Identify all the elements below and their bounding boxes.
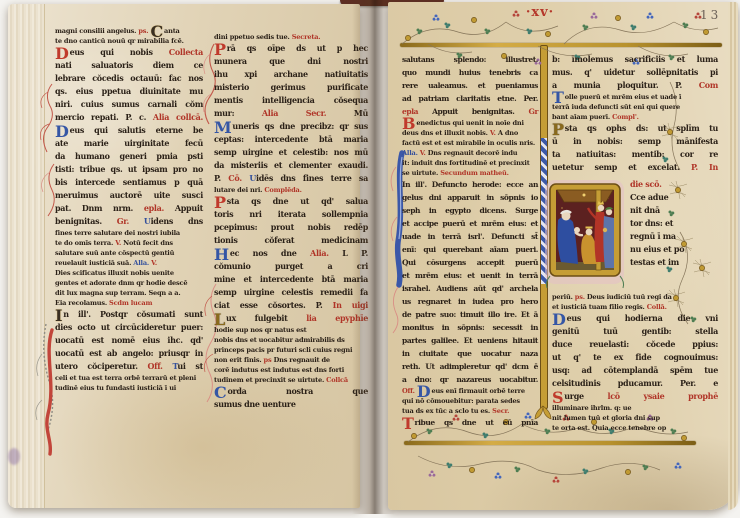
text-run: celi et tua est terra orbē terrarū et p… bbox=[55, 374, 196, 382]
text-run: Alia collcā. bbox=[153, 112, 203, 122]
text-line: bant aīam puerī. Compl'. bbox=[552, 112, 718, 122]
text-run: partes galilee. Et ueniens hitauit bbox=[402, 336, 538, 345]
text-run: toris nri iterata sollempnia bbox=[214, 209, 368, 219]
text-line: te orta est. Quia ecce tenebre op bbox=[552, 423, 718, 433]
text-line: ihu xpi archane natiuitatis bbox=[214, 68, 368, 81]
text-line: pat. Dnm nrm. epla. Appuit bbox=[55, 202, 203, 215]
text-line: it: induit dns fortitudinē et precinxit bbox=[402, 158, 538, 168]
text-run: V. bbox=[115, 239, 123, 247]
text-line: princeps pacis pr futuri scli cuius regn… bbox=[214, 345, 368, 355]
text-line: mentis intelligencia cŏsequa bbox=[214, 94, 368, 107]
text-line: meruimus auctorē uite susci bbox=[55, 189, 203, 202]
text-run: da misteriis et clementer exaudi. bbox=[214, 160, 368, 170]
text-line: celi et tua est terra orbē terrarū et p… bbox=[55, 373, 203, 383]
text-line: corē indutus est indutus est dns forti bbox=[214, 365, 368, 375]
text-run: quo mundi huius tenebris ca bbox=[402, 68, 538, 77]
text-run: Secundum matheū. bbox=[440, 169, 508, 177]
text-line: misterio gerimus purificate bbox=[214, 81, 368, 94]
text-line: Deus qui hodierna die vni bbox=[552, 312, 718, 325]
text-line: Tribue qs dne ut eū pnīa bbox=[402, 416, 538, 429]
text-run: eus enī firmauit orbē terre bbox=[431, 387, 524, 395]
text-run: deus dns et illuxit nobis. bbox=[402, 129, 490, 137]
text-run: it: induit dns fortitudinē et precinxit bbox=[402, 159, 530, 167]
text-run: P. In bbox=[691, 162, 718, 172]
text-run: dies octo ut circūcideretur puer: bbox=[55, 322, 203, 332]
text-run: ui st bbox=[177, 361, 203, 371]
text-run: b: īmolemus sacrificiis et luma bbox=[552, 54, 718, 64]
text-line: b: īmolemus sacrificiis et luma bbox=[552, 53, 718, 66]
text-run: semp uirgine et celestib: nos mū bbox=[214, 147, 368, 157]
text-line: Corda nostra que bbox=[214, 385, 368, 398]
text-line: niri. cuius sumus carnali cŏm bbox=[55, 98, 203, 111]
text-run: reuelauit iusticiā suā. bbox=[55, 259, 133, 267]
text-run: nati saluatoris diem ce bbox=[55, 60, 203, 70]
text-line: Cce adue bbox=[630, 191, 718, 204]
text-line: nu eius et po bbox=[630, 243, 718, 256]
text-line: bis intercede sentiamus p quā bbox=[55, 176, 203, 189]
text-run: ux fulgebit bbox=[226, 313, 306, 323]
text-run: utero cŏciperetur. bbox=[55, 361, 148, 371]
text-line: monitus in sōpnis: secessit in bbox=[402, 321, 538, 334]
text-line: israhel. Audiens aūt qd' archela bbox=[402, 282, 538, 295]
text-run: salutare suū ante cŏspectū gentiū bbox=[55, 249, 174, 257]
text-line: Benedictus qui uenit in noīe dni bbox=[402, 118, 538, 128]
text-run: ribue qs dne ut eū pnīa bbox=[415, 418, 538, 427]
text-line: et mrēm eius: et uenit in terrā bbox=[402, 269, 538, 282]
text-line: genitū tuū gentib: stella bbox=[552, 325, 718, 338]
text-run: lcō ysaie prophē bbox=[607, 391, 718, 401]
text-run: ceptas: intercedente btā maria bbox=[214, 134, 368, 144]
text-line: seph in egypto dicens. Surge bbox=[402, 204, 538, 217]
text-line: Qui cŏsurgens accepit puerū bbox=[402, 256, 538, 269]
text-line: Psta qs ophs ds: ut splīm tu bbox=[552, 122, 718, 135]
text-run: regnū ī ma bbox=[630, 231, 676, 241]
text-run: tisti: tribue qs. ut ipsam pro no bbox=[55, 164, 203, 174]
text-line: partes galilee. Et ueniens hitauit bbox=[402, 334, 538, 347]
text-run: gelus dni apparuit in sōpnis io bbox=[402, 193, 538, 202]
text-run: Alla. bbox=[133, 259, 151, 267]
text-line: uocatū est ab angelo: priusqr in bbox=[55, 347, 203, 360]
text-line: Dies scificatus illuxit nobis uenite bbox=[55, 268, 203, 278]
text-run: tor dns: et bbox=[630, 218, 673, 228]
text-run: in ciuitate que uocatur naza bbox=[402, 349, 538, 358]
text-run: celsitudinis pducamur. Per. e bbox=[552, 378, 718, 388]
text-run: israhel. Audiens aūt qd' archela bbox=[402, 284, 538, 293]
text-run: olle puerū et mrēm eius et uade ī bbox=[565, 93, 682, 101]
text-run: reth. Ut adimpleretur qd' dcm ē bbox=[402, 362, 538, 371]
text-line: mus. q' uidetur sollēpnitatis pi bbox=[552, 66, 718, 79]
text-run: Dns regnauit de bbox=[274, 356, 330, 364]
text-line: reuelauit iusticiā suā. Alla. V. bbox=[55, 258, 203, 268]
text-run: magni consilii angelus. bbox=[55, 27, 138, 35]
text-run: hodie sup nos qr natus est bbox=[214, 326, 306, 334]
text-line: tudinem et precinxit se uirtute. Collcā bbox=[214, 375, 368, 385]
text-line: ate marie uirginitate fecū bbox=[55, 137, 203, 150]
text-run: semp uirgine celestis remedii fa bbox=[214, 287, 368, 297]
text-run: V. bbox=[420, 149, 428, 157]
text-line: toris nri iterata sollempnia bbox=[214, 208, 368, 221]
text-run: Compl'. bbox=[612, 113, 639, 121]
text-line: da misteriis et clementer exaudi. bbox=[214, 159, 368, 172]
text-run: U bbox=[249, 173, 256, 183]
text-run: ut q' te ex fide cognouimus: bbox=[552, 352, 718, 362]
text-line: ū in nobis: semp mānifesta bbox=[552, 135, 718, 148]
text-run: ps. bbox=[138, 27, 150, 35]
text-line: mercio repati. P. c. Alia collcā. bbox=[55, 111, 203, 124]
text-run: Qui cŏsurgens accepit puerū bbox=[402, 258, 538, 267]
text-line: da humano generi pmia psti bbox=[55, 150, 203, 163]
text-line: reth. Ut adimpleretur qd' dcm ē bbox=[402, 360, 538, 373]
text-run: dit lux magna sup terram. Seqn a a. bbox=[55, 289, 180, 297]
text-line: rere ualeamus. et pueniamus bbox=[402, 79, 538, 92]
text-run: Deus iudiciū tuū regi da bbox=[587, 293, 672, 301]
text-run: nit dnā bbox=[630, 205, 660, 215]
text-run: n ill'. Postqr cŏsumati sunt bbox=[63, 309, 203, 319]
text-run: salutans splendo: illustret. bbox=[402, 55, 538, 64]
text-run: urge bbox=[564, 391, 607, 401]
text-line: fines terre salutare dei nostri iubila bbox=[55, 228, 203, 238]
text-run: se uirtute. bbox=[402, 169, 440, 177]
text-run: anta bbox=[164, 27, 180, 35]
text-run: sumus dne uenture bbox=[214, 399, 296, 409]
text-run: periū. bbox=[552, 293, 575, 301]
text-line: salutare suū ante cŏspectū gentiū bbox=[55, 248, 203, 258]
text-run: tua ds ex tūc a sclo tu es. bbox=[402, 407, 492, 415]
text-run: ad patriam claritatis etne. Per. bbox=[402, 94, 538, 103]
text-run: Dies scificatus illuxit nobis uenite bbox=[55, 269, 174, 277]
text-run: Gr. bbox=[117, 216, 144, 226]
text-run: nobis dns et uocabitur admirabilis ds bbox=[214, 336, 345, 344]
text-run: gentes et adorate dnm qr hodie descē bbox=[55, 279, 187, 287]
text-run: usq: ad cōtemplandā spēm tue bbox=[552, 365, 718, 375]
purple-stain bbox=[8, 448, 20, 465]
text-run: Collcā bbox=[326, 376, 348, 384]
text-run: Off. bbox=[402, 387, 417, 395]
text-line: quo mundi huius tenebris ca bbox=[402, 66, 538, 79]
text-line: us regnaret in iudea pro hero bbox=[402, 295, 538, 308]
text-run: qs. eius ppetua diuinitate mu bbox=[55, 86, 203, 96]
text-run: eus qui nobis bbox=[70, 47, 169, 57]
text-line: non erit finis. ps Dns regnauit de bbox=[214, 355, 368, 365]
text-line: in ciuitate que uocatur naza bbox=[402, 347, 538, 360]
text-line: Surge lcō ysaie prophē bbox=[552, 390, 718, 403]
left-page-column-2: dini ppetuo sedis tue. Secreta.Prā qs o… bbox=[214, 32, 368, 411]
text-run: rere ualeamus. et pueniamus bbox=[402, 81, 538, 90]
text-line: de patre suo: timuit illo ire. Et ā bbox=[402, 308, 538, 321]
text-line: In ill'. Defuncto herode: ecce an bbox=[402, 178, 538, 191]
text-line: se uirtute. Secundum matheū. bbox=[402, 168, 538, 178]
right-page: ·xv· 13 bbox=[388, 2, 738, 510]
text-run: niri. cuius sumus carnali cŏm bbox=[55, 99, 203, 109]
text-run: de patre suo: timuit illo ire. Et ā bbox=[402, 310, 538, 319]
text-run: terrā iuda defuncti sūt enī qui quere bbox=[552, 103, 680, 111]
text-line: magni consilii angelus. ps. Canta bbox=[55, 26, 203, 36]
text-run: Cō. bbox=[228, 173, 249, 183]
text-run: munera que dni nostri bbox=[214, 56, 368, 66]
text-line: nobis dns et uocabitur admirabilis ds bbox=[214, 335, 368, 345]
right-page-column-2-bottom: periū. ps. Deus iudiciū tuū regi daet… bbox=[552, 292, 718, 433]
text-line: tor dns: et bbox=[630, 217, 718, 230]
text-run: Eia recolamus. bbox=[55, 299, 109, 307]
text-run: Appuit benignitas. bbox=[432, 107, 528, 116]
text-run: genitū tuū gentib: stella bbox=[552, 326, 718, 336]
text-run: eus qui hodierna die vni bbox=[567, 313, 718, 323]
text-run: et accipe puerū et mrēm eius: et bbox=[402, 219, 538, 228]
text-run: Secreta. bbox=[292, 33, 321, 41]
text-run: pcepimus: prout nobis redēp bbox=[214, 222, 368, 232]
text-line: ad patriam claritatis etne. Per. bbox=[402, 92, 538, 105]
text-run: uocatū est ab angelo: priusqr in bbox=[55, 348, 203, 358]
text-run: rā qs oīpe ds ut p hec bbox=[227, 43, 368, 53]
text-run: Com bbox=[699, 80, 718, 90]
text-line: te do omīs terra. V. Notū fecit dns bbox=[55, 238, 203, 248]
text-line: testas et im bbox=[630, 256, 718, 269]
text-line: dies octo ut circūcideretur puer: bbox=[55, 321, 203, 334]
text-line: regnū ī ma bbox=[630, 230, 718, 243]
text-run: orda nostra que bbox=[227, 386, 368, 396]
text-line: Psta qs dne ut qd' salua bbox=[214, 195, 368, 208]
text-line: te dno canticū nouū qr mirabilia fcē. bbox=[55, 36, 203, 46]
text-line: Off. Deus enī firmauit orbē terre bbox=[402, 386, 538, 396]
text-run: Scdm lucam bbox=[109, 299, 152, 307]
text-line: qui nō cōmouebitur: parata sedes bbox=[402, 396, 538, 406]
text-run: monitus in sōpnis: secessit in bbox=[402, 323, 538, 332]
text-run: te do omīs terra. bbox=[55, 239, 115, 247]
text-run: Secr. bbox=[492, 407, 509, 415]
text-line: enī: qui querebant aīam pueri. bbox=[402, 243, 538, 256]
text-line: ut q' te ex fide cognouimus: bbox=[552, 351, 718, 364]
text-run: pat. Dnm nrm. bbox=[55, 203, 144, 213]
text-line: lebrare cŏcedis octauū: fac nos bbox=[55, 72, 203, 85]
text-run: tudinem et precinxit se uirtute. bbox=[214, 376, 326, 384]
open-book: magni consilii angelus. ps. Cantate dno … bbox=[6, 0, 736, 514]
text-line: Muneris qs dne precibz: qr sus bbox=[214, 120, 368, 133]
text-line: a munia ploquitur. P. Com bbox=[552, 79, 718, 92]
text-line: sumus dne uenture bbox=[214, 398, 368, 411]
right-page-column-2-top: b: īmolemus sacrificiis et lumamus. q' u… bbox=[552, 53, 718, 174]
text-run: uocatū est nomē eius ihc. qd' bbox=[55, 335, 203, 345]
text-line: et iusticiā tuam filio regis. Collā. bbox=[552, 302, 718, 312]
text-line: gentes et adorate dnm qr hodie descē bbox=[55, 278, 203, 288]
text-run: Collecta bbox=[169, 47, 203, 57]
text-run: nit lumen tuū et gloria dni sup bbox=[552, 414, 660, 422]
text-line: nati saluatoris diem ce bbox=[55, 59, 203, 72]
text-run: tudinē eius tu fundasti iusticiā ī ui bbox=[55, 384, 176, 392]
text-run: a munia ploquitur. P. bbox=[552, 80, 699, 90]
text-line: pcepimus: prout nobis redēp bbox=[214, 221, 368, 234]
text-run: Alia. bbox=[310, 248, 342, 258]
text-run: lebrare cŏcedis octauū: fac nos bbox=[55, 73, 203, 83]
right-page-column-2-beside-initial: die scō.Cce aduenit dnātor dns: etregnū… bbox=[630, 178, 718, 269]
text-line: mur: Alia Secr. Mū bbox=[214, 107, 368, 120]
text-line: tua ds ex tūc a sclo tu es. Secr. bbox=[402, 406, 538, 416]
text-run: ps. bbox=[575, 293, 587, 301]
text-run: Notū fecit dns bbox=[123, 239, 173, 247]
text-line: duce reuelasti: cŏcede ppius: bbox=[552, 338, 718, 351]
text-line: benignitas. Gr. Uidens dns bbox=[55, 215, 203, 228]
text-run: Off. bbox=[148, 361, 173, 371]
text-run: eus qui salutis eterne be bbox=[70, 125, 203, 135]
text-line: gelus dni apparuit in sōpnis io bbox=[402, 191, 538, 204]
text-line: ceptas: intercedente btā maria bbox=[214, 133, 368, 146]
text-run: P. bbox=[214, 173, 228, 183]
text-run: uetetur semp et excelat. bbox=[552, 162, 691, 172]
text-line: mine et intercedente btā maria bbox=[214, 273, 368, 286]
text-line: dini ppetuo sedis tue. Secreta. bbox=[214, 32, 368, 42]
text-run: mus. q' uidetur sollēpnitatis pi bbox=[552, 67, 718, 77]
text-line: die scō. bbox=[630, 178, 718, 191]
text-run: testas et im bbox=[630, 257, 679, 267]
text-line: lutare dei nri. Complēda. bbox=[214, 185, 368, 195]
text-run: Collā. bbox=[647, 303, 667, 311]
text-run: meruimus auctorē uite susci bbox=[55, 190, 203, 200]
text-line: nit lumen tuū et gloria dni sup bbox=[552, 413, 718, 423]
text-line: ciat esse cŏsortes. P. In uigi bbox=[214, 299, 368, 312]
text-run: ū in nobis: semp mānifesta bbox=[552, 136, 718, 146]
text-run: mentis intelligencia cŏsequa bbox=[214, 95, 368, 105]
text-line: epla Appuit benignitas. Gr bbox=[402, 105, 538, 118]
text-run: us regnaret in iudea pro hero bbox=[402, 297, 538, 306]
text-line: utero cŏciperetur. Off. Tui st bbox=[55, 360, 203, 373]
text-line: terrā iuda defuncti sūt enī qui quere bbox=[552, 102, 718, 112]
text-line: tionis cŏferat medicinam bbox=[214, 234, 368, 247]
text-line: Hec nos dne Alia. L P. bbox=[214, 247, 368, 260]
text-run: duce reuelasti: cŏcede ppius: bbox=[552, 339, 718, 349]
text-line: uetetur semp et excelat. P. In bbox=[552, 161, 718, 174]
text-run: non erit finis. bbox=[214, 356, 264, 364]
text-run: ihu xpi archane natiuitatis bbox=[214, 69, 368, 79]
decorated-initial: T bbox=[402, 414, 415, 433]
text-line: Eia recolamus. Scdm lucam bbox=[55, 298, 203, 308]
left-page-column-1: magni consilii angelus. ps. Cantate dno … bbox=[55, 26, 203, 393]
text-line: Alla. V. Dns regnauit decorē indu bbox=[402, 148, 538, 158]
text-run: qui nō cōmouebitur: parata sedes bbox=[402, 397, 520, 405]
text-run: Gr bbox=[528, 107, 538, 116]
text-line: tisti: tribue qs. ut ipsam pro no bbox=[55, 163, 203, 176]
text-run: Cce adue bbox=[630, 192, 668, 202]
text-run: mercio repati. P. c. bbox=[55, 112, 153, 122]
text-line: dit lux magna sup terram. Seqn a a. bbox=[55, 288, 203, 298]
text-line: Tolle puerū et mrēm eius et uade ī bbox=[552, 92, 718, 102]
text-line: cŏmunio purget a cri bbox=[214, 260, 368, 273]
text-run: te dno canticū nouū qr mirabilia fcē. bbox=[55, 37, 184, 45]
text-run: Alia Secr. bbox=[262, 108, 354, 118]
text-run: Complēda. bbox=[264, 186, 301, 194]
text-line: ta natiuitas: mentib: cor re bbox=[552, 148, 718, 161]
text-run: epla. bbox=[144, 203, 175, 213]
text-run: factū est et est mirabile in oculis nri… bbox=[402, 139, 535, 147]
text-run: ciat esse cŏsortes. P. bbox=[214, 300, 333, 310]
text-line: Lux fulgebit lia epyphīe bbox=[214, 312, 368, 325]
text-run: et mrēm eius: et uenit in terrā bbox=[402, 271, 538, 280]
text-run: illuminare ihrlm. q: ue bbox=[552, 404, 631, 412]
text-run: V. bbox=[490, 129, 498, 137]
text-run: fines terre salutare dei nostri iubila bbox=[55, 229, 180, 237]
text-run: ate marie uirginitate fecū bbox=[55, 138, 203, 148]
text-run: seph in egypto dicens. Surge bbox=[402, 206, 538, 215]
text-run: uneris qs dne precibz: qr sus bbox=[232, 121, 368, 131]
text-line: celsitudinis pducamur. Per. e bbox=[552, 377, 718, 390]
text-line: usq: ad cōtemplandā spēm tue bbox=[552, 364, 718, 377]
text-run: ps bbox=[264, 356, 274, 364]
text-run: te orta est. Quia ecce tenebre op bbox=[552, 424, 666, 432]
text-run: mur: bbox=[214, 108, 262, 118]
text-line: et accipe puerū et mrēm eius: et bbox=[402, 217, 538, 230]
left-page: magni consilii angelus. ps. Cantate dno … bbox=[8, 4, 360, 508]
text-run: V. bbox=[151, 259, 157, 267]
text-run: bis intercede sentiamus p quā bbox=[55, 177, 203, 187]
text-run: Dns regnauit decorē indu bbox=[428, 149, 518, 157]
text-run: benignitas. bbox=[55, 216, 117, 226]
text-run: enedictus qui uenit in noīe dni bbox=[416, 119, 524, 127]
text-run: Alla. bbox=[402, 149, 420, 157]
historiated-initial-adoration-of-the-magi bbox=[544, 174, 626, 290]
text-run: tionis cŏferat medicinam bbox=[214, 235, 368, 245]
text-run: da humano generi pmia psti bbox=[55, 151, 203, 161]
text-line: semp uirgine celestis remedii fa bbox=[214, 286, 368, 299]
text-line: Deus qui nobis Collecta bbox=[55, 46, 203, 59]
text-line: nit dnā bbox=[630, 204, 718, 217]
text-run: misterio gerimus purificate bbox=[214, 82, 368, 92]
text-line: uocatū est nomē eius ihc. qd' bbox=[55, 334, 203, 347]
text-line: deus dns et illuxit nobis. V. A dno bbox=[402, 128, 538, 138]
text-run: nu eius et po bbox=[630, 244, 684, 254]
text-run: die scō. bbox=[630, 179, 662, 189]
text-run: mine et intercedente btā maria bbox=[214, 274, 368, 284]
text-line: semp uirgine et celestib: nos mū bbox=[214, 146, 368, 159]
text-line: salutans splendo: illustret. bbox=[402, 53, 538, 66]
text-run: idens dns bbox=[151, 216, 203, 226]
text-line: factū est et est mirabile in oculis nri… bbox=[402, 138, 538, 148]
text-run: U bbox=[144, 216, 151, 226]
text-line: periū. ps. Deus iudiciū tuū regi da bbox=[552, 292, 718, 302]
text-line: munera que dni nostri bbox=[214, 55, 368, 68]
text-run: enī: qui querebant aīam pueri. bbox=[402, 245, 538, 254]
text-run: ec nos dne bbox=[230, 248, 310, 258]
text-line: P. Cō. Uidēs dns fines terre sa bbox=[214, 172, 368, 185]
text-run: princeps pacis pr futuri scli cuius regn… bbox=[214, 346, 352, 354]
text-line: Prā qs oīpe ds ut p hec bbox=[214, 42, 368, 55]
manuscript-photo: magni consilii angelus. ps. Cantate dno … bbox=[0, 0, 740, 518]
text-run: corē indutus est indutus est dns forti bbox=[214, 366, 344, 374]
text-run: In ill'. Defuncto herode: ecce an bbox=[402, 180, 538, 189]
text-run: Appuit bbox=[175, 203, 203, 213]
text-line: hodie sup nos qr natus est bbox=[214, 325, 368, 335]
text-run: cŏmunio purget a cri bbox=[214, 261, 368, 271]
text-run: sta qs ophs ds: ut splīm tu bbox=[565, 123, 718, 133]
text-line: In ill'. Postqr cŏsumati sunt bbox=[55, 308, 203, 321]
text-run: uade in terrā isrl'. Defuncti st̄ bbox=[402, 232, 538, 241]
text-line: tudinē eius tu fundasti iusticiā ī ui bbox=[55, 383, 203, 393]
text-line: illuminare ihrlm. q: ue bbox=[552, 403, 718, 413]
text-run: sta qs dne ut qd' salua bbox=[227, 196, 368, 206]
right-page-column-1: salutans splendo: illustret.quo mundi hu… bbox=[402, 53, 538, 429]
text-line: uade in terrā isrl'. Defuncti st̄ bbox=[402, 230, 538, 243]
text-line: qs. eius ppetua diuinitate mu bbox=[55, 85, 203, 98]
text-run: ta natiuitas: mentib: cor re bbox=[552, 149, 718, 159]
text-line: Deus qui salutis eterne be bbox=[55, 124, 203, 137]
text-run: A dno bbox=[498, 129, 518, 137]
